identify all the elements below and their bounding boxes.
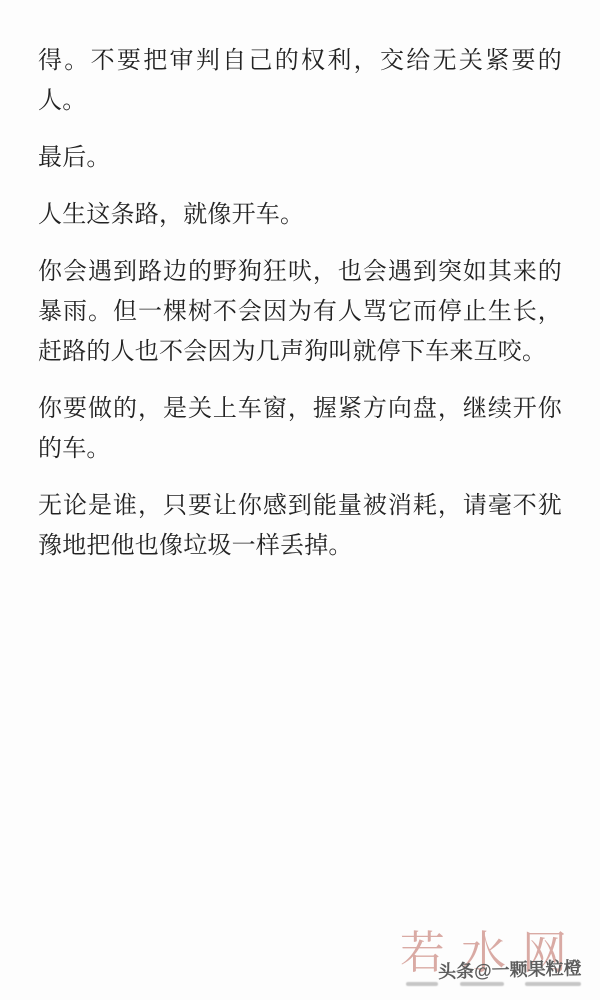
caption-segment	[460, 982, 504, 986]
site-watermark: 若水网 头条@一颗果粒橙	[400, 930, 590, 992]
paragraph: 最后。	[38, 138, 562, 178]
article-body: 得。不要把审判自己的权利，交给无关紧要的人。 最后。 人生这条路，就像开车。 你…	[38, 41, 562, 583]
watermark-caption-smudge	[406, 982, 581, 986]
paragraph: 你要做的，是关上车窗，握紧方向盘，继续开你的车。	[38, 389, 562, 469]
paragraph: 人生这条路，就像开车。	[38, 195, 562, 235]
caption-segment	[525, 982, 581, 986]
caption-segment	[406, 982, 438, 986]
paragraph: 无论是谁，只要让你感到能量被消耗，请毫不犹豫地把他也像垃圾一样丢掉。	[38, 486, 562, 566]
paragraph: 得。不要把审判自己的权利，交给无关紧要的人。	[38, 41, 562, 121]
watermark-byline: 头条@一颗果粒橙	[438, 954, 582, 984]
paragraph: 你会遇到路边的野狗狂吠，也会遇到突如其来的暴雨。但一棵树不会因为有人骂它而停止生…	[38, 252, 562, 372]
